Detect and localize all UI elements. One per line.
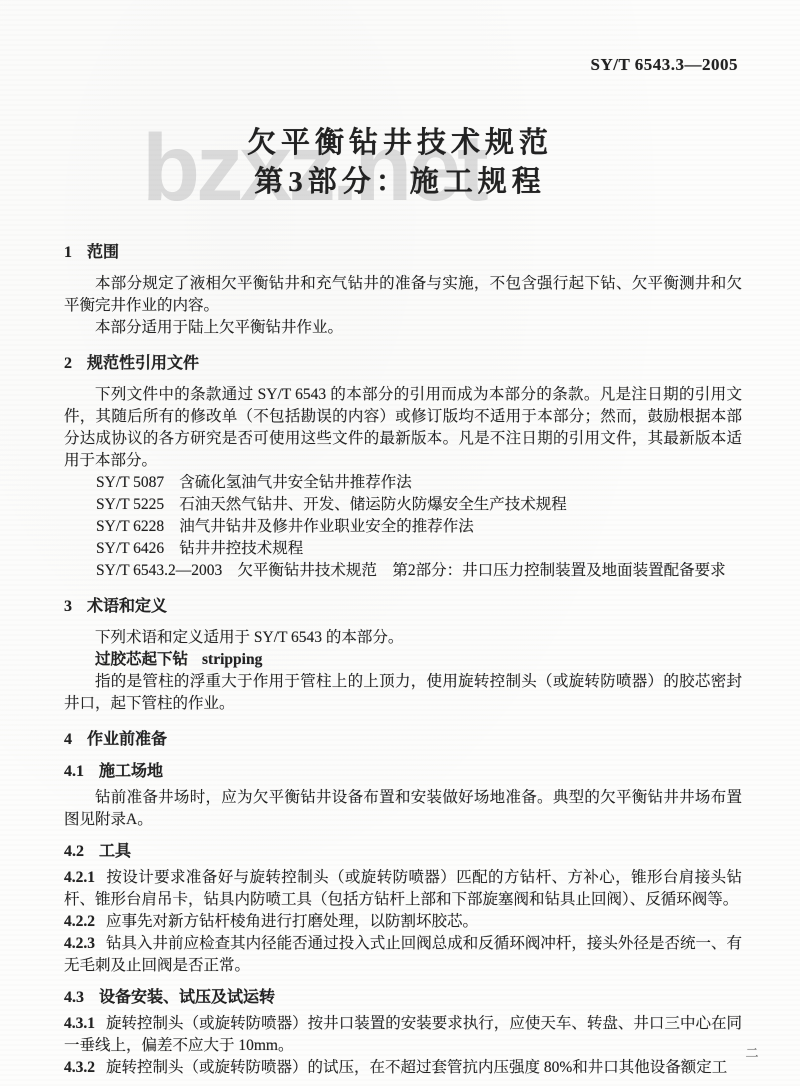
section-4-3-heading: 4.3设备安装、试压及试运转 — [64, 987, 742, 1009]
clause-number: 4.2.3 — [64, 935, 95, 952]
clause-number: 4.3.2 — [64, 1059, 95, 1076]
term-english: stripping — [202, 651, 262, 668]
clause-number: 4.2.2 — [64, 913, 95, 930]
section-4-2-title: 工具 — [99, 843, 131, 860]
section-4-number: 4 — [64, 731, 72, 748]
scope-paragraph-2: 本部分适用于陆上欠平衡钻井作业。 — [64, 317, 742, 339]
document-body: 1范围 本部分规定了液相欠平衡钻井和充气钻井的准备与实施，不包含强行起下钻、欠平… — [64, 228, 742, 1079]
section-2-heading: 2规范性引用文件 — [64, 353, 742, 375]
section-1-number: 1 — [64, 244, 72, 261]
clause-item: 4.3.1旋转控制头（或旋转防喷器）按井口装置的安装要求执行，应使天车、转盘、井… — [64, 1013, 742, 1057]
document-title: 欠平衡钻井技术规范 第3部分：施工规程 — [0, 124, 800, 202]
section-1-title: 范围 — [87, 244, 119, 261]
clause-item: 4.2.3钻具入井前应检查其内径能否通过投入式止回阀总成和反循环阀冲杆，接头外径… — [64, 933, 742, 977]
clause-text: 旋转控制头（或旋转防喷器）按井口装置的安装要求执行，应使天车、转盘、井口三中心在… — [64, 1015, 742, 1054]
section-4-3-number: 4.3 — [64, 989, 84, 1006]
standard-number: SY/T 6543.3—2005 — [591, 55, 739, 75]
reference-title: 石油天然气钻井、开发、储运防火防爆安全生产技术规程 — [179, 496, 567, 513]
clause-text: 应事先对新方钻杆棱角进行打磨处理，以防割坏胶芯。 — [106, 913, 478, 930]
section-4-title: 作业前准备 — [87, 731, 167, 748]
terms-intro: 下列术语和定义适用于 SY/T 6543 的本部分。 — [64, 627, 742, 649]
references-intro: 下列文件中的条款通过 SY/T 6543 的本部分的引用而成为本部分的条款。凡是… — [64, 384, 742, 472]
reference-code: SY/T 5225 — [96, 496, 164, 513]
reference-title: 含硫化氢油气井安全钻井推荐作法 — [179, 474, 412, 491]
reference-item: SY/T 6426钻井井控技术规程 — [64, 538, 742, 560]
reference-title: 钻井井控技术规程 — [179, 540, 303, 557]
clause-item: 4.3.2旋转控制头（或旋转防喷器）的试压，在不超过套管抗内压强度 80%和井口… — [64, 1057, 742, 1079]
section-3-title: 术语和定义 — [87, 598, 167, 615]
document-page: SY/T 6543.3—2005 bzxz.net 欠平衡钻井技术规范 第3部分… — [0, 0, 800, 1086]
reference-code: SY/T 6228 — [96, 518, 164, 535]
term-entry: 过胶芯起下钻stripping — [64, 649, 742, 671]
section-1-heading: 1范围 — [64, 242, 742, 264]
clause-number: 4.3.1 — [64, 1015, 95, 1032]
section-2-number: 2 — [64, 355, 72, 372]
scope-paragraph-1: 本部分规定了液相欠平衡钻井和充气钻井的准备与实施，不包含强行起下钻、欠平衡测井和… — [64, 273, 742, 317]
section-4-1-heading: 4.1施工场地 — [64, 761, 742, 783]
reference-code: SY/T 6426 — [96, 540, 164, 557]
reference-item: SY/T 5225石油天然气钻井、开发、储运防火防爆安全生产技术规程 — [64, 494, 742, 516]
reference-item: SY/T 6228油气井钻井及修井作业职业安全的推荐作法 — [64, 516, 742, 538]
clause-text: 按设计要求准备好与旋转控制头（或旋转防喷器）匹配的方钻杆、方补心，锥形台肩接头钻… — [64, 869, 742, 908]
reference-title: 欠平衡钻井技术规范 第2部分：井口压力控制装置及地面装置配备要求 — [237, 562, 725, 579]
section-4-heading: 4作业前准备 — [64, 729, 742, 751]
section-4-3-title: 设备安装、试压及试运转 — [99, 989, 275, 1006]
reference-item: SY/T 5087含硫化氢油气井安全钻井推荐作法 — [64, 472, 742, 494]
section-4-2-number: 4.2 — [64, 843, 84, 860]
title-line-2: 第3部分：施工规程 — [0, 163, 800, 202]
clause-text: 旋转控制头（或旋转防喷器）的试压，在不超过套管抗内压强度 80%和井口其他设备额… — [106, 1059, 727, 1076]
clause-item: 4.2.2应事先对新方钻杆棱角进行打磨处理，以防割坏胶芯。 — [64, 911, 742, 933]
reference-title: 油气井钻井及修井作业职业安全的推荐作法 — [179, 518, 474, 535]
term-definition: 指的是管柱的浮重大于作用于管柱上的上顶力，使用旋转控制头（或旋转防喷器）的胶芯密… — [64, 671, 742, 715]
site-paragraph: 钻前准备井场时，应为欠平衡钻井设备布置和安装做好场地准备。典型的欠平衡钻井井场布… — [64, 787, 742, 831]
reference-code: SY/T 5087 — [96, 474, 164, 491]
section-4-2-heading: 4.2工具 — [64, 841, 742, 863]
term-chinese: 过胶芯起下钻 — [95, 651, 188, 668]
reference-code: SY/T 6543.2—2003 — [96, 562, 222, 579]
clause-number: 4.2.1 — [64, 869, 95, 886]
page-number-mark: 二 — [745, 1044, 758, 1061]
clause-text: 钻具入井前应检查其内径能否通过投入式止回阀总成和反循环阀冲杆，接头外径是否统一、… — [64, 935, 742, 974]
section-4-1-title: 施工场地 — [99, 763, 163, 780]
section-2-title: 规范性引用文件 — [87, 355, 199, 372]
section-3-number: 3 — [64, 598, 72, 615]
clause-item: 4.2.1按设计要求准备好与旋转控制头（或旋转防喷器）匹配的方钻杆、方补心，锥形… — [64, 867, 742, 911]
section-3-heading: 3术语和定义 — [64, 596, 742, 618]
section-4-1-number: 4.1 — [64, 763, 84, 780]
title-line-1: 欠平衡钻井技术规范 — [0, 124, 800, 163]
reference-item: SY/T 6543.2—2003欠平衡钻井技术规范 第2部分：井口压力控制装置及… — [64, 560, 742, 582]
